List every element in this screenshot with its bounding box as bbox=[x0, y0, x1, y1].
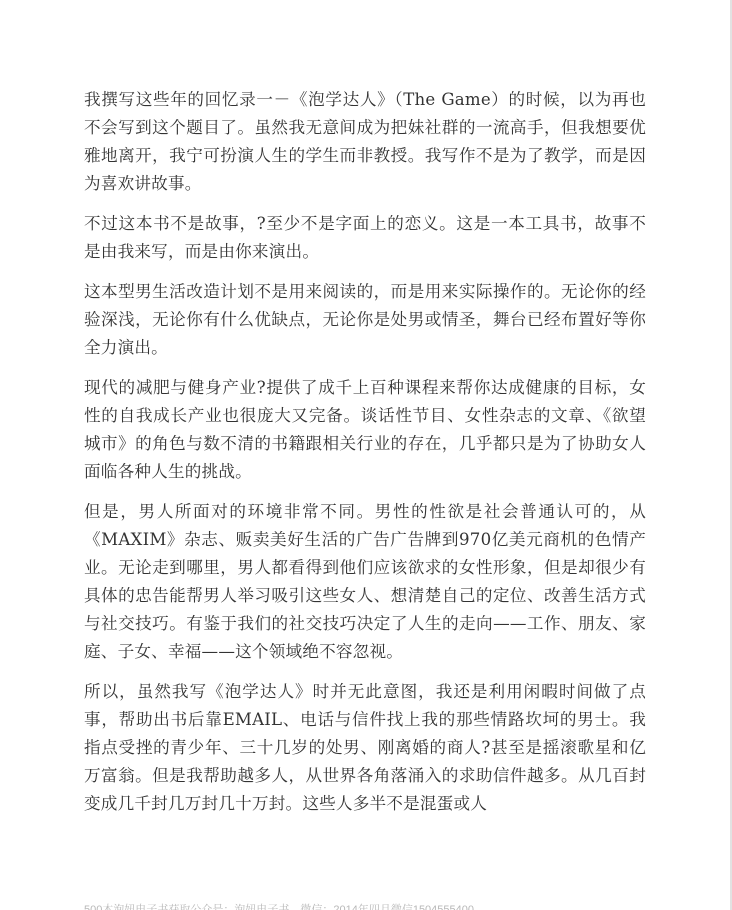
paragraph-6: 所以，虽然我写《泡学达人》时并无此意图，我还是利用闲暇时间做了点事，帮助出书后靠… bbox=[84, 678, 646, 818]
paragraph-1: 我撰写这些年的回忆录一－《泡学达人》（The Game）的时候，以为再也不会写到… bbox=[84, 86, 646, 198]
page-footer: 500本泡妞电子书获取公众号：泡妞电子书，微信：2014年四月微信1504555… bbox=[84, 903, 484, 910]
paragraph-2: 不过这本书不是故事，?至少不是字面上的恋义。这是一本工具书，故事不是由我来写，而… bbox=[84, 210, 646, 266]
footer-text: 500本泡妞电子书获取公众号：泡妞电子书，微信：2014年四月微信1504555… bbox=[84, 903, 484, 910]
document-body: 我撰写这些年的回忆录一－《泡学达人》（The Game）的时候，以为再也不会写到… bbox=[84, 86, 646, 830]
paragraph-5: 但是，男人所面对的环境非常不同。男性的性欲是社会普通认可的，从《MAXIM》杂志… bbox=[84, 498, 646, 666]
paragraph-4: 现代的减肥与健身产业?提供了成千上百种课程来帮你达成健康的目标，女性的自我成长产… bbox=[84, 374, 646, 486]
document-page: 我撰写这些年的回忆录一－《泡学达人》（The Game）的时候，以为再也不会写到… bbox=[0, 0, 731, 910]
paragraph-3: 这本型男生活改造计划不是用来阅读的，而是用来实际操作的。无论你的经验深浅，无论你… bbox=[84, 278, 646, 362]
